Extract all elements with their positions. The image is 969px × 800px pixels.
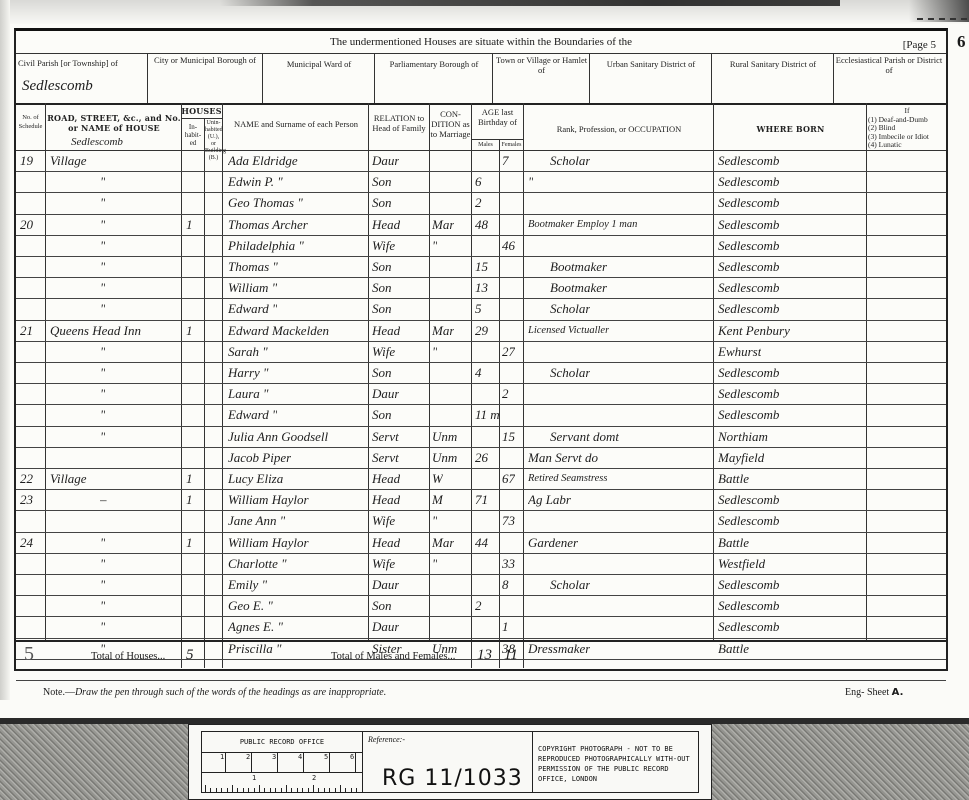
cell-where-born: Ewhurst — [718, 345, 761, 359]
municipal-ward-label: Municipal Ward of — [264, 59, 374, 69]
cell-where-born: Sedlescomb — [718, 281, 779, 295]
cell-female-age: 46 — [502, 239, 515, 253]
total-females: 11 — [504, 648, 518, 662]
reference-number: RG 11/1033 — [382, 766, 523, 791]
cell-name: Edward " — [228, 302, 277, 316]
cell-relation: Son — [372, 599, 392, 613]
cell-condition: M — [432, 493, 443, 507]
table-row: "William "Son13BootmakerSedlescomb — [16, 277, 946, 298]
cell-occupation: Servant domt — [550, 430, 619, 444]
cell-occupation: Man Servt do — [528, 451, 598, 465]
cell-where-born: Sedlescomb — [718, 408, 779, 422]
cell-where-born: Sedlescomb — [718, 260, 779, 274]
table-row: Jane Ann "Wife"73Sedlescomb — [16, 510, 946, 531]
cell-schedule: 20 — [20, 218, 33, 232]
cell-where-born: Sedlescomb — [718, 175, 779, 189]
cell-occupation: Bootmaker Employ 1 man — [528, 218, 637, 232]
cell-inhabited: 1 — [186, 324, 193, 338]
cell-occupation: " — [528, 175, 533, 189]
cell-road: " — [100, 196, 105, 210]
cell-occupation: Bootmaker — [550, 260, 607, 274]
cell-female-age: 67 — [502, 472, 515, 486]
table-row: 19VillageAda EldridgeDaur7ScholarSedlesc… — [16, 150, 946, 171]
record-office-title: PUBLIC RECORD OFFICE — [202, 732, 363, 753]
cell-where-born: Northiam — [718, 430, 768, 444]
col-schedule: No. of Schedule — [16, 113, 45, 131]
cell-name: Lucy Eliza — [228, 472, 283, 486]
margin-dashes — [917, 18, 967, 20]
cell-female-age: 7 — [502, 154, 509, 168]
cell-name: William Haylor — [228, 536, 309, 550]
cell-where-born: Sedlescomb — [718, 302, 779, 316]
cell-where-born: Battle — [718, 536, 749, 550]
cell-male-age: 48 — [475, 218, 488, 232]
table-row: "Geo E. "Son2Sedlescomb — [16, 595, 946, 616]
cell-name: Thomas " — [228, 260, 278, 274]
cell-road: " — [100, 175, 105, 189]
total-males: 13 — [477, 648, 492, 662]
cell-schedule: 19 — [20, 154, 33, 168]
census-form: The undermentioned Houses are situate wi… — [14, 28, 948, 671]
cell-where-born: Sedlescomb — [718, 620, 779, 634]
cell-name: Sarah " — [228, 345, 268, 359]
cell-name: Agnes E. " — [228, 620, 283, 634]
cell-relation: Son — [372, 366, 392, 380]
cell-occupation: Scholar — [550, 154, 590, 168]
cell-road: " — [100, 430, 105, 444]
cell-occupation: Scholar — [550, 578, 590, 592]
cell-relation: Son — [372, 175, 392, 189]
col-females: Females — [500, 142, 523, 149]
page-number: [Page 5 — [903, 39, 936, 51]
cell-condition: Mar — [432, 536, 454, 550]
form-title: The undermentioned Houses are situate wi… — [16, 31, 946, 53]
cell-male-age: 71 — [475, 493, 488, 507]
table-row: 21Queens Head Inn1Edward MackeldenHeadMa… — [16, 320, 946, 341]
cell-where-born: Sedlescomb — [718, 578, 779, 592]
cell-road: " — [100, 408, 105, 422]
table-row: "Charlotte "Wife"33Westfield — [16, 553, 946, 574]
cell-relation: Son — [372, 408, 392, 422]
col-males: Males — [472, 142, 499, 149]
cell-inhabited: 1 — [186, 493, 193, 507]
cell-occupation: Scholar — [550, 302, 590, 316]
ecclesiastical-parish-label: Ecclesiastical Parish or District of — [835, 55, 943, 75]
cell-occupation: Ag Labr — [528, 493, 571, 507]
cell-condition: " — [432, 239, 437, 253]
cell-male-age: 29 — [475, 324, 488, 338]
cell-relation: Son — [372, 281, 392, 295]
col-age: AGE last Birthday of — [472, 107, 523, 127]
table-row: "Harry "Son4ScholarSedlescomb — [16, 362, 946, 383]
scale-cm: 123456 — [202, 752, 363, 773]
cell-where-born: Sedlescomb — [718, 239, 779, 253]
cell-where-born: Sedlescomb — [718, 366, 779, 380]
cell-road: " — [100, 218, 105, 232]
cell-female-age: 15 — [502, 430, 515, 444]
col-name: NAME and Surname of each Person — [226, 119, 366, 129]
cell-road: Village — [50, 472, 87, 486]
cell-road: – — [100, 493, 107, 507]
cell-inhabited: 1 — [186, 218, 193, 232]
cell-occupation: Gardener — [528, 536, 578, 550]
cell-road: " — [100, 536, 105, 550]
cell-name: Charlotte " — [228, 557, 287, 571]
cell-relation: Daur — [372, 578, 399, 592]
cell-schedule: 23 — [20, 493, 33, 507]
table-row: "Agnes E. "Daur1Sedlescomb — [16, 616, 946, 637]
cell-occupation: Scholar — [550, 366, 590, 380]
table-row: Jacob PiperServtUnm26Man Servt doMayfiel… — [16, 447, 946, 468]
civil-parish-value: Sedlescomb — [22, 79, 93, 93]
table-row: "Philadelphia "Wife"46Sedlescomb — [16, 235, 946, 256]
cell-name: Edward Mackelden — [228, 324, 329, 338]
urban-sanitary-label: Urban Sanitary District of — [591, 59, 711, 69]
cell-road: Queens Head Inn — [50, 324, 141, 338]
cell-name: Philadelphia " — [228, 239, 304, 253]
table-row: "Edwin P. "Son6"Sedlescomb — [16, 171, 946, 192]
civil-parish-label: Civil Parish [or Township] of — [18, 58, 146, 68]
cell-relation: Son — [372, 302, 392, 316]
cell-female-age: 27 — [502, 345, 515, 359]
cell-male-age: 13 — [475, 281, 488, 295]
cell-name: Julia Ann Goodsell — [228, 430, 328, 444]
scale-number: 6 — [350, 753, 356, 772]
cell-name: Emily " — [228, 578, 267, 592]
table-row: 22Village1Lucy ElizaHeadW67Retired Seams… — [16, 468, 946, 489]
scale-inch: 12 — [202, 772, 363, 793]
cell-relation: Servt — [372, 451, 399, 465]
cell-condition: Unm — [432, 451, 457, 465]
cell-name: Geo Thomas " — [228, 196, 303, 210]
scale-number: 1 — [220, 753, 226, 772]
cell-female-age: 8 — [502, 578, 509, 592]
col-inhabited: In-habit-ed — [182, 123, 204, 147]
cell-where-born: Sedlescomb — [718, 196, 779, 210]
cell-road: " — [100, 387, 105, 401]
table-row: 24"1William HaylorHeadMar44GardenerBattl… — [16, 532, 946, 553]
cell-name: Jane Ann " — [228, 514, 285, 528]
cell-where-born: Mayfield — [718, 451, 764, 465]
table-row: "Laura "Daur2Sedlescomb — [16, 383, 946, 404]
total-houses-value: 5 — [186, 648, 194, 662]
cell-relation: Daur — [372, 387, 399, 401]
cell-relation: Head — [372, 493, 400, 507]
town-village-label: Town or Village or Hamlet of — [494, 55, 589, 75]
cell-relation: Head — [372, 536, 400, 550]
cell-female-age: 33 — [502, 557, 515, 571]
folio-number: 6 — [957, 32, 966, 52]
col-relation: RELATION to Head of Family — [370, 113, 428, 133]
cell-female-age: 1 — [502, 620, 509, 634]
scale-number: 4 — [298, 753, 304, 772]
cell-name: Priscilla " — [228, 642, 282, 656]
col-houses: HOUSES — [181, 106, 222, 116]
cell-where-born: Sedlescomb — [718, 387, 779, 401]
cell-relation: Son — [372, 196, 392, 210]
cell-condition: " — [432, 514, 437, 528]
cell-schedule: 21 — [20, 324, 33, 338]
cell-inhabited: 1 — [186, 472, 193, 486]
cell-condition: Mar — [432, 324, 454, 338]
cell-name: Jacob Piper — [228, 451, 291, 465]
cell-relation: Wife — [372, 514, 395, 528]
cell-schedule: 24 — [20, 536, 33, 550]
table-row: 23–1William HaylorHeadM71Ag LabrSedlesco… — [16, 489, 946, 510]
sheet-label: Eng- Sheet A. — [845, 687, 903, 698]
table-row: "Emily "Daur8ScholarSedlescomb — [16, 574, 946, 595]
cell-relation: Daur — [372, 620, 399, 634]
cell-male-age: 44 — [475, 536, 488, 550]
cell-name: Thomas Archer — [228, 218, 308, 232]
scale-number: 2 — [246, 753, 252, 772]
cell-relation: Head — [372, 324, 400, 338]
cell-road: " — [100, 620, 105, 634]
municipal-borough-label: City or Municipal Borough of — [149, 55, 261, 65]
total-persons-label: Total of Males and Females... — [331, 651, 455, 662]
cell-road: " — [100, 345, 105, 359]
cell-road: Village — [50, 154, 87, 168]
cell-occupation: Retired Seamstress — [528, 472, 607, 486]
cell-road: " — [100, 239, 105, 253]
table-row: "Julia Ann GoodsellServtUnm15Servant dom… — [16, 426, 946, 447]
scale-number: 5 — [324, 753, 330, 772]
cell-name: Laura " — [228, 387, 269, 401]
cell-male-age: 4 — [475, 366, 482, 380]
cell-male-age: 2 — [475, 196, 482, 210]
cell-where-born: Battle — [718, 472, 749, 486]
cell-where-born: Westfield — [718, 557, 765, 571]
cell-inhabited: 1 — [186, 536, 193, 550]
cell-name: Edward " — [228, 408, 277, 422]
cell-condition: " — [432, 557, 437, 571]
cell-road: " — [100, 366, 105, 380]
scan-top-edge — [0, 0, 969, 24]
cell-name: Edwin P. " — [228, 175, 283, 189]
cell-where-born: Sedlescomb — [718, 514, 779, 528]
col-where-born: WHERE BORN — [715, 124, 866, 134]
cell-name: Geo E. " — [228, 599, 273, 613]
cell-where-born: Sedlescomb — [718, 599, 779, 613]
cell-relation: Daur — [372, 154, 399, 168]
cell-condition: W — [432, 472, 443, 486]
cell-name: Ada Eldridge — [228, 154, 298, 168]
margin-total-mark: 5 — [24, 647, 34, 661]
cell-where-born: Kent Penbury — [718, 324, 790, 338]
table-row: "Thomas "Son15BootmakerSedlescomb — [16, 256, 946, 277]
cell-male-age: 5 — [475, 302, 482, 316]
cell-relation: Wife — [372, 239, 395, 253]
table-row: "Edward "Son5ScholarSedlescomb — [16, 298, 946, 319]
cell-female-age: 73 — [502, 514, 515, 528]
scale-number: 3 — [272, 753, 278, 772]
cell-condition: Mar — [432, 218, 454, 232]
cell-male-age: 15 — [475, 260, 488, 274]
cell-road: " — [100, 302, 105, 316]
cell-where-born: Sedlescomb — [718, 218, 779, 232]
cell-condition: " — [432, 345, 437, 359]
cell-road: " — [100, 599, 105, 613]
cell-male-age: 2 — [475, 599, 482, 613]
col-infirmity: If (1) Deaf-and-Dumb (2) Blind (3) Imbec… — [868, 107, 946, 150]
cell-male-age: 11 mo — [475, 408, 499, 422]
col-road-handwritten: Sedlescomb — [71, 135, 123, 149]
cell-relation: Head — [372, 472, 400, 486]
cell-relation: Servt — [372, 430, 399, 444]
cell-where-born: Battle — [718, 642, 749, 656]
cell-male-age: 26 — [475, 451, 488, 465]
total-houses-label: Total of Houses... — [91, 651, 165, 662]
cell-occupation: Licensed Victualler — [528, 324, 609, 338]
col-road: ROAD, STREET, &c., and No. or NAME of HO… — [47, 113, 181, 133]
cell-where-born: Sedlescomb — [718, 154, 779, 168]
cell-relation: Son — [372, 260, 392, 274]
col-occupation: Rank, Profession, or OCCUPATION — [525, 124, 713, 134]
scale-number: 1 — [252, 774, 256, 782]
cell-relation: Head — [372, 218, 400, 232]
cell-schedule: 22 — [20, 472, 33, 486]
table-row: "Sarah "Wife"27Ewhurst — [16, 341, 946, 362]
scan-left-edge — [0, 0, 10, 700]
cell-road: " — [100, 281, 105, 295]
parliamentary-borough-label: Parliamentary Borough of — [376, 59, 492, 69]
col-condition: CON-DITION as to Marriage — [430, 109, 471, 139]
copyright-notice: COPYRIGHT PHOTOGRAPH - NOT TO BE REPRODU… — [538, 744, 693, 784]
reference-label: Reference:- — [368, 735, 405, 744]
cell-occupation: Bootmaker — [550, 281, 607, 295]
cell-road: " — [100, 260, 105, 274]
cell-relation: Wife — [372, 557, 395, 571]
cell-condition: Unm — [432, 430, 457, 444]
form-note: Note.—Draw the pen through such of the w… — [43, 687, 386, 698]
scale-number: 2 — [312, 774, 316, 782]
cell-relation: Wife — [372, 345, 395, 359]
archive-label: PUBLIC RECORD OFFICE 123456 12 Reference… — [188, 724, 712, 800]
rural-sanitary-label: Rural Sanitary District of — [713, 59, 833, 69]
table-row: "Geo Thomas "Son2Sedlescomb — [16, 192, 946, 213]
cell-name: William " — [228, 281, 277, 295]
cell-occupation: Dressmaker — [528, 642, 590, 656]
cell-where-born: Sedlescomb — [718, 493, 779, 507]
cell-male-age: 6 — [475, 175, 482, 189]
cell-name: Harry " — [228, 366, 269, 380]
cell-female-age: 2 — [502, 387, 509, 401]
cell-road: " — [100, 578, 105, 592]
cell-name: William Haylor — [228, 493, 309, 507]
table-row: 20"1Thomas ArcherHeadMar48Bootmaker Empl… — [16, 214, 946, 235]
cell-road: " — [100, 557, 105, 571]
table-row: "Edward "Son11 moSedlescomb — [16, 404, 946, 425]
